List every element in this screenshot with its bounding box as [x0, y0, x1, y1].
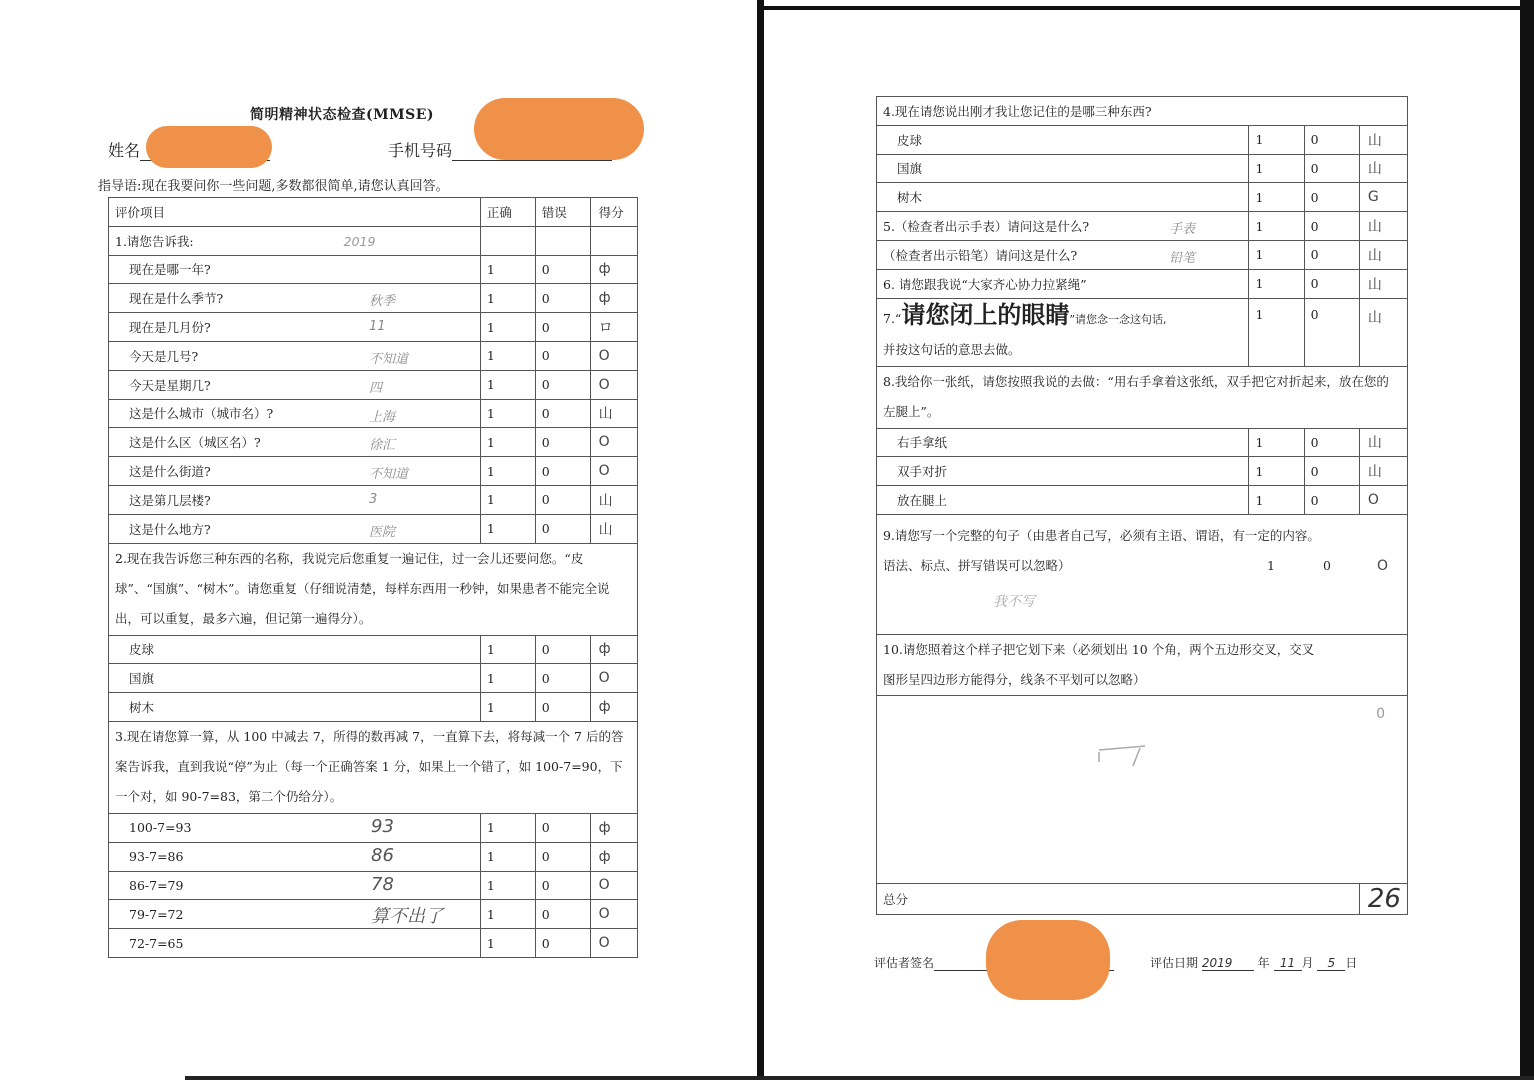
date-label: 评估日期 — [1150, 956, 1198, 970]
score-mark: 山 — [1359, 457, 1407, 486]
section3-text-row: 3.现在请您算一算，从 100 中减去 7，所得的数再减 7，一直算下去，将每减… — [109, 721, 638, 813]
table-row: 国旗10O — [109, 664, 638, 693]
wrong-cell: 0 — [535, 635, 590, 664]
wrong-cell: 0 — [535, 457, 590, 486]
handwritten-answer: 93 — [371, 816, 394, 837]
redaction-signer — [986, 920, 1110, 1000]
handwritten-answer: 秋季 — [369, 290, 395, 309]
question-cell: 今天是星期几?四 — [109, 370, 481, 399]
correct-cell: 1 — [480, 693, 535, 722]
handwritten-answer: 手表 — [1169, 218, 1195, 237]
handwritten-answer: 算不出了 — [371, 902, 443, 928]
correct-cell: 1 — [1249, 154, 1304, 183]
correct-cell: 1 — [1249, 125, 1304, 154]
wrong-cell: 0 — [535, 428, 590, 457]
date-field: 评估日期 2019 年 11月 5日 — [1150, 954, 1357, 971]
wrong-cell: 0 — [535, 900, 590, 929]
score-mark: G — [1359, 183, 1407, 212]
question-cell: 这是什么街道?不知道 — [109, 457, 481, 486]
question-cell: 这是什么城市（城市名）?上海 — [109, 399, 481, 428]
handwritten-answer: 徐汇 — [369, 434, 395, 453]
correct-cell: 1 — [480, 514, 535, 543]
handwritten-answer: 上海 — [369, 406, 395, 425]
bottom-shadow-strip — [185, 1076, 1534, 1080]
section2-rows: 皮球10ф国旗10O树木10ф — [109, 635, 638, 721]
question-cell: 这是什么区（城区名）?徐汇 — [109, 428, 481, 457]
section7-row: 7.“请您闭上的眼睛”请您念一念这句话, 并按这句话的意思去做。 1 0 山 — [877, 298, 1408, 366]
question-cell: 72-7=65 — [109, 929, 481, 958]
score-mark: 山 — [1359, 428, 1407, 457]
right-page: 4.现在请您说出刚才我让您记住的是哪三种东西? 皮球10山国旗10山树木10G … — [764, 6, 1520, 1078]
score-mark: O — [590, 929, 637, 958]
wrong-cell: 0 — [535, 929, 590, 958]
section1-title-row: 1.请您告诉我:2019 — [109, 226, 638, 255]
question-cell: （检查者出示铅笔）请问这是什么?铅笔 — [877, 240, 1249, 269]
score-mark: ф — [590, 813, 637, 842]
question-cell: 双手对折 — [877, 457, 1249, 486]
table-row: 现在是几月份?1110ロ — [109, 313, 638, 342]
table-row: 树木10ф — [109, 693, 638, 722]
table-row: 现在是什么季节?秋季10ф — [109, 284, 638, 313]
question-cell: 树木 — [109, 693, 481, 722]
table-row: 100-7=939310ф — [109, 813, 638, 842]
score-mark: ф — [590, 842, 637, 871]
question-cell: 国旗 — [877, 154, 1249, 183]
table-header-row: 评价项目 正确 错误 得分 — [109, 198, 638, 227]
table-row: 双手对折10山 — [877, 457, 1408, 486]
section4-rows: 皮球10山国旗10山树木10G — [877, 125, 1408, 211]
correct-cell: 1 — [1249, 457, 1304, 486]
wrong-cell: 0 — [1304, 183, 1359, 212]
score-mark: 山 — [1359, 212, 1407, 241]
header-wrong: 错误 — [535, 198, 590, 227]
wrong-cell: 0 — [1304, 486, 1359, 515]
question-cell: 放在腿上 — [877, 486, 1249, 515]
section1-title: 1.请您告诉我:2019 — [109, 226, 481, 255]
header-score: 得分 — [590, 198, 637, 227]
score-mark: 山 — [1359, 154, 1407, 183]
handwritten-answer: 3 — [369, 492, 377, 507]
wrong-cell: 0 — [535, 313, 590, 342]
correct-cell: 1 — [480, 341, 535, 370]
score-mark: ロ — [590, 313, 637, 342]
section6-row: 6. 请您跟我说“大家齐心协力拉紧绳” 1 0 山 — [877, 269, 1408, 298]
section9-line2: 语法、标点、拼写错误可以忽略）10O — [883, 551, 1401, 581]
table-row: 这是什么区（城区名）?徐汇10O — [109, 428, 638, 457]
question-cell: 93-7=8686 — [109, 842, 481, 871]
pentagon-drawing-sketch — [877, 700, 1397, 880]
score-mark: 山 — [590, 485, 637, 514]
score-mark: 山 — [590, 514, 637, 543]
table-row: 右手拿纸10山 — [877, 428, 1408, 457]
score-mark: O — [590, 664, 637, 693]
wrong-cell: 0 — [535, 813, 590, 842]
score-mark: ф — [590, 693, 637, 722]
header-item: 评价项目 — [109, 198, 481, 227]
correct-cell: 1 — [480, 813, 535, 842]
question-cell: 100-7=9393 — [109, 813, 481, 842]
left-assessment-table: 评价项目 正确 错误 得分 1.请您告诉我:2019 现在是哪一年?10ф现在是… — [108, 197, 638, 958]
instruction-text: 指导语:现在我要问你一些问题,多数都很简单,请您认真回答。 — [98, 175, 449, 194]
score-mark: ф — [590, 255, 637, 284]
score-mark: 山 — [590, 399, 637, 428]
correct-cell: 1 — [480, 664, 535, 693]
table-row: 放在腿上10O — [877, 486, 1408, 515]
correct-cell: 1 — [1249, 240, 1304, 269]
section6-wrong: 0 — [1304, 269, 1359, 298]
score-mark: O — [1359, 486, 1407, 515]
section7-wrong: 0 — [1304, 298, 1359, 366]
question-cell: 5.（检查者出示手表）请问这是什么?手表 — [877, 212, 1249, 241]
section4-title: 4.现在请您说出刚才我让您记住的是哪三种东西? — [877, 97, 1408, 126]
table-row: 国旗10山 — [877, 154, 1408, 183]
table-row: 皮球10ф — [109, 635, 638, 664]
section4-title-row: 4.现在请您说出刚才我让您记住的是哪三种东西? — [877, 97, 1408, 126]
handwritten-year: 2019 — [344, 234, 376, 249]
wrong-cell: 0 — [535, 370, 590, 399]
table-row: 86-7=797810O — [109, 871, 638, 900]
question-cell: 这是第几层楼?3 — [109, 485, 481, 514]
handwritten-answer: 铅笔 — [1169, 247, 1195, 266]
signer-label: 评估者签名 — [874, 956, 934, 970]
form-title: 简明精神状态检查(MMSE) — [250, 104, 434, 124]
correct-cell: 1 — [480, 313, 535, 342]
table-row: 现在是哪一年?10ф — [109, 255, 638, 284]
total-score: 26 — [1359, 883, 1407, 914]
wrong-cell: 0 — [1304, 154, 1359, 183]
question-cell: 这是什么地方?医院 — [109, 514, 481, 543]
redaction-phone — [474, 98, 644, 160]
table-row: 这是什么地方?医院10山 — [109, 514, 638, 543]
right-assessment-table: 4.现在请您说出刚才我让您记住的是哪三种东西? 皮球10山国旗10山树木10G … — [876, 96, 1408, 915]
correct-cell: 1 — [480, 284, 535, 313]
score-mark: O — [590, 428, 637, 457]
correct-cell: 1 — [480, 428, 535, 457]
correct-cell: 1 — [1249, 212, 1304, 241]
date-month: 11 — [1274, 956, 1302, 971]
section6-correct: 1 — [1249, 269, 1304, 298]
table-row: 这是什么城市（城市名）?上海10山 — [109, 399, 638, 428]
wrong-cell: 0 — [535, 514, 590, 543]
correct-cell: 1 — [480, 457, 535, 486]
question-cell: 现在是几月份?11 — [109, 313, 481, 342]
score-mark: O — [590, 370, 637, 399]
score-mark: O — [590, 457, 637, 486]
section9-mark: O — [1377, 551, 1388, 581]
section9-line1: 9.请您写一个完整的句子（由患者自己写，必须有主语、谓语，有一定的内容。 — [883, 521, 1401, 551]
redaction-name — [146, 126, 272, 168]
table-row: 5.（检查者出示手表）请问这是什么?手表10山 — [877, 212, 1408, 241]
correct-cell: 1 — [1249, 428, 1304, 457]
score-mark: O — [590, 341, 637, 370]
question-cell: 79-7=72算不出了 — [109, 900, 481, 929]
table-row: 79-7=72算不出了10O — [109, 900, 638, 929]
score-mark: O — [590, 900, 637, 929]
correct-cell: 1 — [480, 842, 535, 871]
question-cell: 今天是几号?不知道 — [109, 341, 481, 370]
section1-rows: 现在是哪一年?10ф现在是什么季节?秋季10ф现在是几月份?1110ロ今天是几号… — [109, 255, 638, 543]
section10-text: 10.请您照着这个样子把它划下来（必须划出 10 个角，两个五边形交叉，交叉 图… — [877, 634, 1408, 695]
score-mark: O — [590, 871, 637, 900]
section8-text-row: 8.我给你一张纸，请您按照我说的去做：“用右手拿着这张纸，双手把它对折起来，放在… — [877, 366, 1408, 428]
left-page: 简明精神状态检查(MMSE) 姓名 手机号码 指导语:现在我要问你一些问题,多数… — [0, 0, 760, 1080]
handwritten-answer: 不知道 — [369, 463, 408, 482]
section7-command: 请您闭上的眼睛 — [901, 301, 1069, 329]
wrong-cell: 0 — [535, 341, 590, 370]
handwritten-answer: 86 — [371, 845, 394, 866]
section3-text: 3.现在请您算一算，从 100 中减去 7，所得的数再减 7，一直算下去，将每减… — [109, 721, 638, 813]
section2-text: 2.现在我告诉您三种东西的名称，我说完后您重复一遍记住，过一会儿还要问您。“皮球… — [109, 543, 638, 635]
table-row: 这是第几层楼?310山 — [109, 485, 638, 514]
score-mark: ф — [590, 635, 637, 664]
wrong-cell: 0 — [535, 664, 590, 693]
question-cell: 现在是什么季节?秋季 — [109, 284, 481, 313]
question-cell: 皮球 — [877, 125, 1249, 154]
correct-cell: 1 — [480, 370, 535, 399]
question-cell: 现在是哪一年? — [109, 255, 481, 284]
handwritten-answer: 不知道 — [369, 348, 408, 367]
table-row: 今天是几号?不知道10O — [109, 341, 638, 370]
section8-rows: 右手拿纸10山双手对折10山放在腿上10O — [877, 428, 1408, 514]
score-mark: 山 — [1359, 125, 1407, 154]
wrong-cell: 0 — [1304, 240, 1359, 269]
wrong-cell: 0 — [535, 255, 590, 284]
total-label: 总分 — [877, 883, 1360, 914]
question-cell: 国旗 — [109, 664, 481, 693]
section9-cell: 9.请您写一个完整的句子（由患者自己写，必须有主语、谓语，有一定的内容。 语法、… — [877, 514, 1408, 634]
question-cell: 86-7=7978 — [109, 871, 481, 900]
correct-cell: 1 — [480, 871, 535, 900]
question-cell: 皮球 — [109, 635, 481, 664]
section9-handwriting: 我不写 — [993, 587, 1401, 617]
table-row: 今天是星期几?四10O — [109, 370, 638, 399]
section10-drawing-row: 0 — [877, 695, 1408, 883]
question-cell: 树木 — [877, 183, 1249, 212]
name-label: 姓名 — [108, 141, 140, 160]
score-mark: ф — [590, 284, 637, 313]
correct-cell: 1 — [1249, 486, 1304, 515]
correct-cell: 1 — [480, 399, 535, 428]
wrong-cell: 0 — [1304, 428, 1359, 457]
section9-wrong: 0 — [1323, 551, 1331, 581]
section9-correct: 1 — [1267, 551, 1275, 581]
correct-cell: 1 — [480, 485, 535, 514]
table-row: 这是什么街道?不知道10O — [109, 457, 638, 486]
section6-mark: 山 — [1359, 269, 1407, 298]
wrong-cell: 0 — [1304, 212, 1359, 241]
wrong-cell: 0 — [1304, 125, 1359, 154]
score-mark: 山 — [1359, 240, 1407, 269]
wrong-cell: 0 — [535, 284, 590, 313]
wrong-cell: 0 — [535, 842, 590, 871]
section7-mark: 山 — [1359, 298, 1407, 366]
section10-text-row: 10.请您照着这个样子把它划下来（必须划出 10 个角，两个五边形交叉，交叉 图… — [877, 634, 1408, 695]
question-cell: 右手拿纸 — [877, 428, 1249, 457]
header-correct: 正确 — [480, 198, 535, 227]
wrong-cell: 0 — [535, 485, 590, 514]
right-page-edge — [1520, 0, 1534, 1080]
correct-cell: 1 — [1249, 183, 1304, 212]
table-row: （检查者出示铅笔）请问这是什么?铅笔10山 — [877, 240, 1408, 269]
section10-drawing-area: 0 — [877, 695, 1408, 883]
table-row: 树木10G — [877, 183, 1408, 212]
handwritten-answer: 11 — [369, 319, 386, 334]
section7-correct: 1 — [1249, 298, 1304, 366]
correct-cell: 1 — [480, 635, 535, 664]
section7-question: 7.“请您闭上的眼睛”请您念一念这句话, 并按这句话的意思去做。 — [877, 298, 1249, 366]
correct-cell: 1 — [480, 900, 535, 929]
page-gutter — [757, 0, 764, 1080]
date-year: 2019 — [1202, 956, 1254, 971]
section2-text-row: 2.现在我告诉您三种东西的名称，我说完后您重复一遍记住，过一会儿还要问您。“皮球… — [109, 543, 638, 635]
section5-rows: 5.（检查者出示手表）请问这是什么?手表10山（检查者出示铅笔）请问这是什么?铅… — [877, 212, 1408, 270]
wrong-cell: 0 — [535, 399, 590, 428]
section10-mark: 0 — [1376, 706, 1385, 722]
correct-cell: 1 — [480, 929, 535, 958]
section3-rows: 100-7=939310ф93-7=868610ф86-7=797810O79-… — [109, 813, 638, 957]
phone-label: 手机号码 — [388, 141, 452, 160]
table-row: 72-7=6510O — [109, 929, 638, 958]
handwritten-answer: 医院 — [369, 521, 395, 540]
total-row: 总分 26 — [877, 883, 1408, 914]
table-row: 皮球10山 — [877, 125, 1408, 154]
wrong-cell: 0 — [535, 693, 590, 722]
section9-row: 9.请您写一个完整的句子（由患者自己写，必须有主语、谓语，有一定的内容。 语法、… — [877, 514, 1408, 634]
table-row: 93-7=868610ф — [109, 842, 638, 871]
wrong-cell: 0 — [535, 871, 590, 900]
section6-question: 6. 请您跟我说“大家齐心协力拉紧绳” — [877, 269, 1249, 298]
correct-cell: 1 — [480, 255, 535, 284]
handwritten-answer: 四 — [369, 377, 382, 396]
handwritten-answer: 78 — [371, 874, 394, 895]
wrong-cell: 0 — [1304, 457, 1359, 486]
section8-text: 8.我给你一张纸，请您按照我说的去做：“用右手拿着这张纸，双手把它对折起来，放在… — [877, 366, 1408, 428]
date-day: 5 — [1317, 956, 1345, 971]
